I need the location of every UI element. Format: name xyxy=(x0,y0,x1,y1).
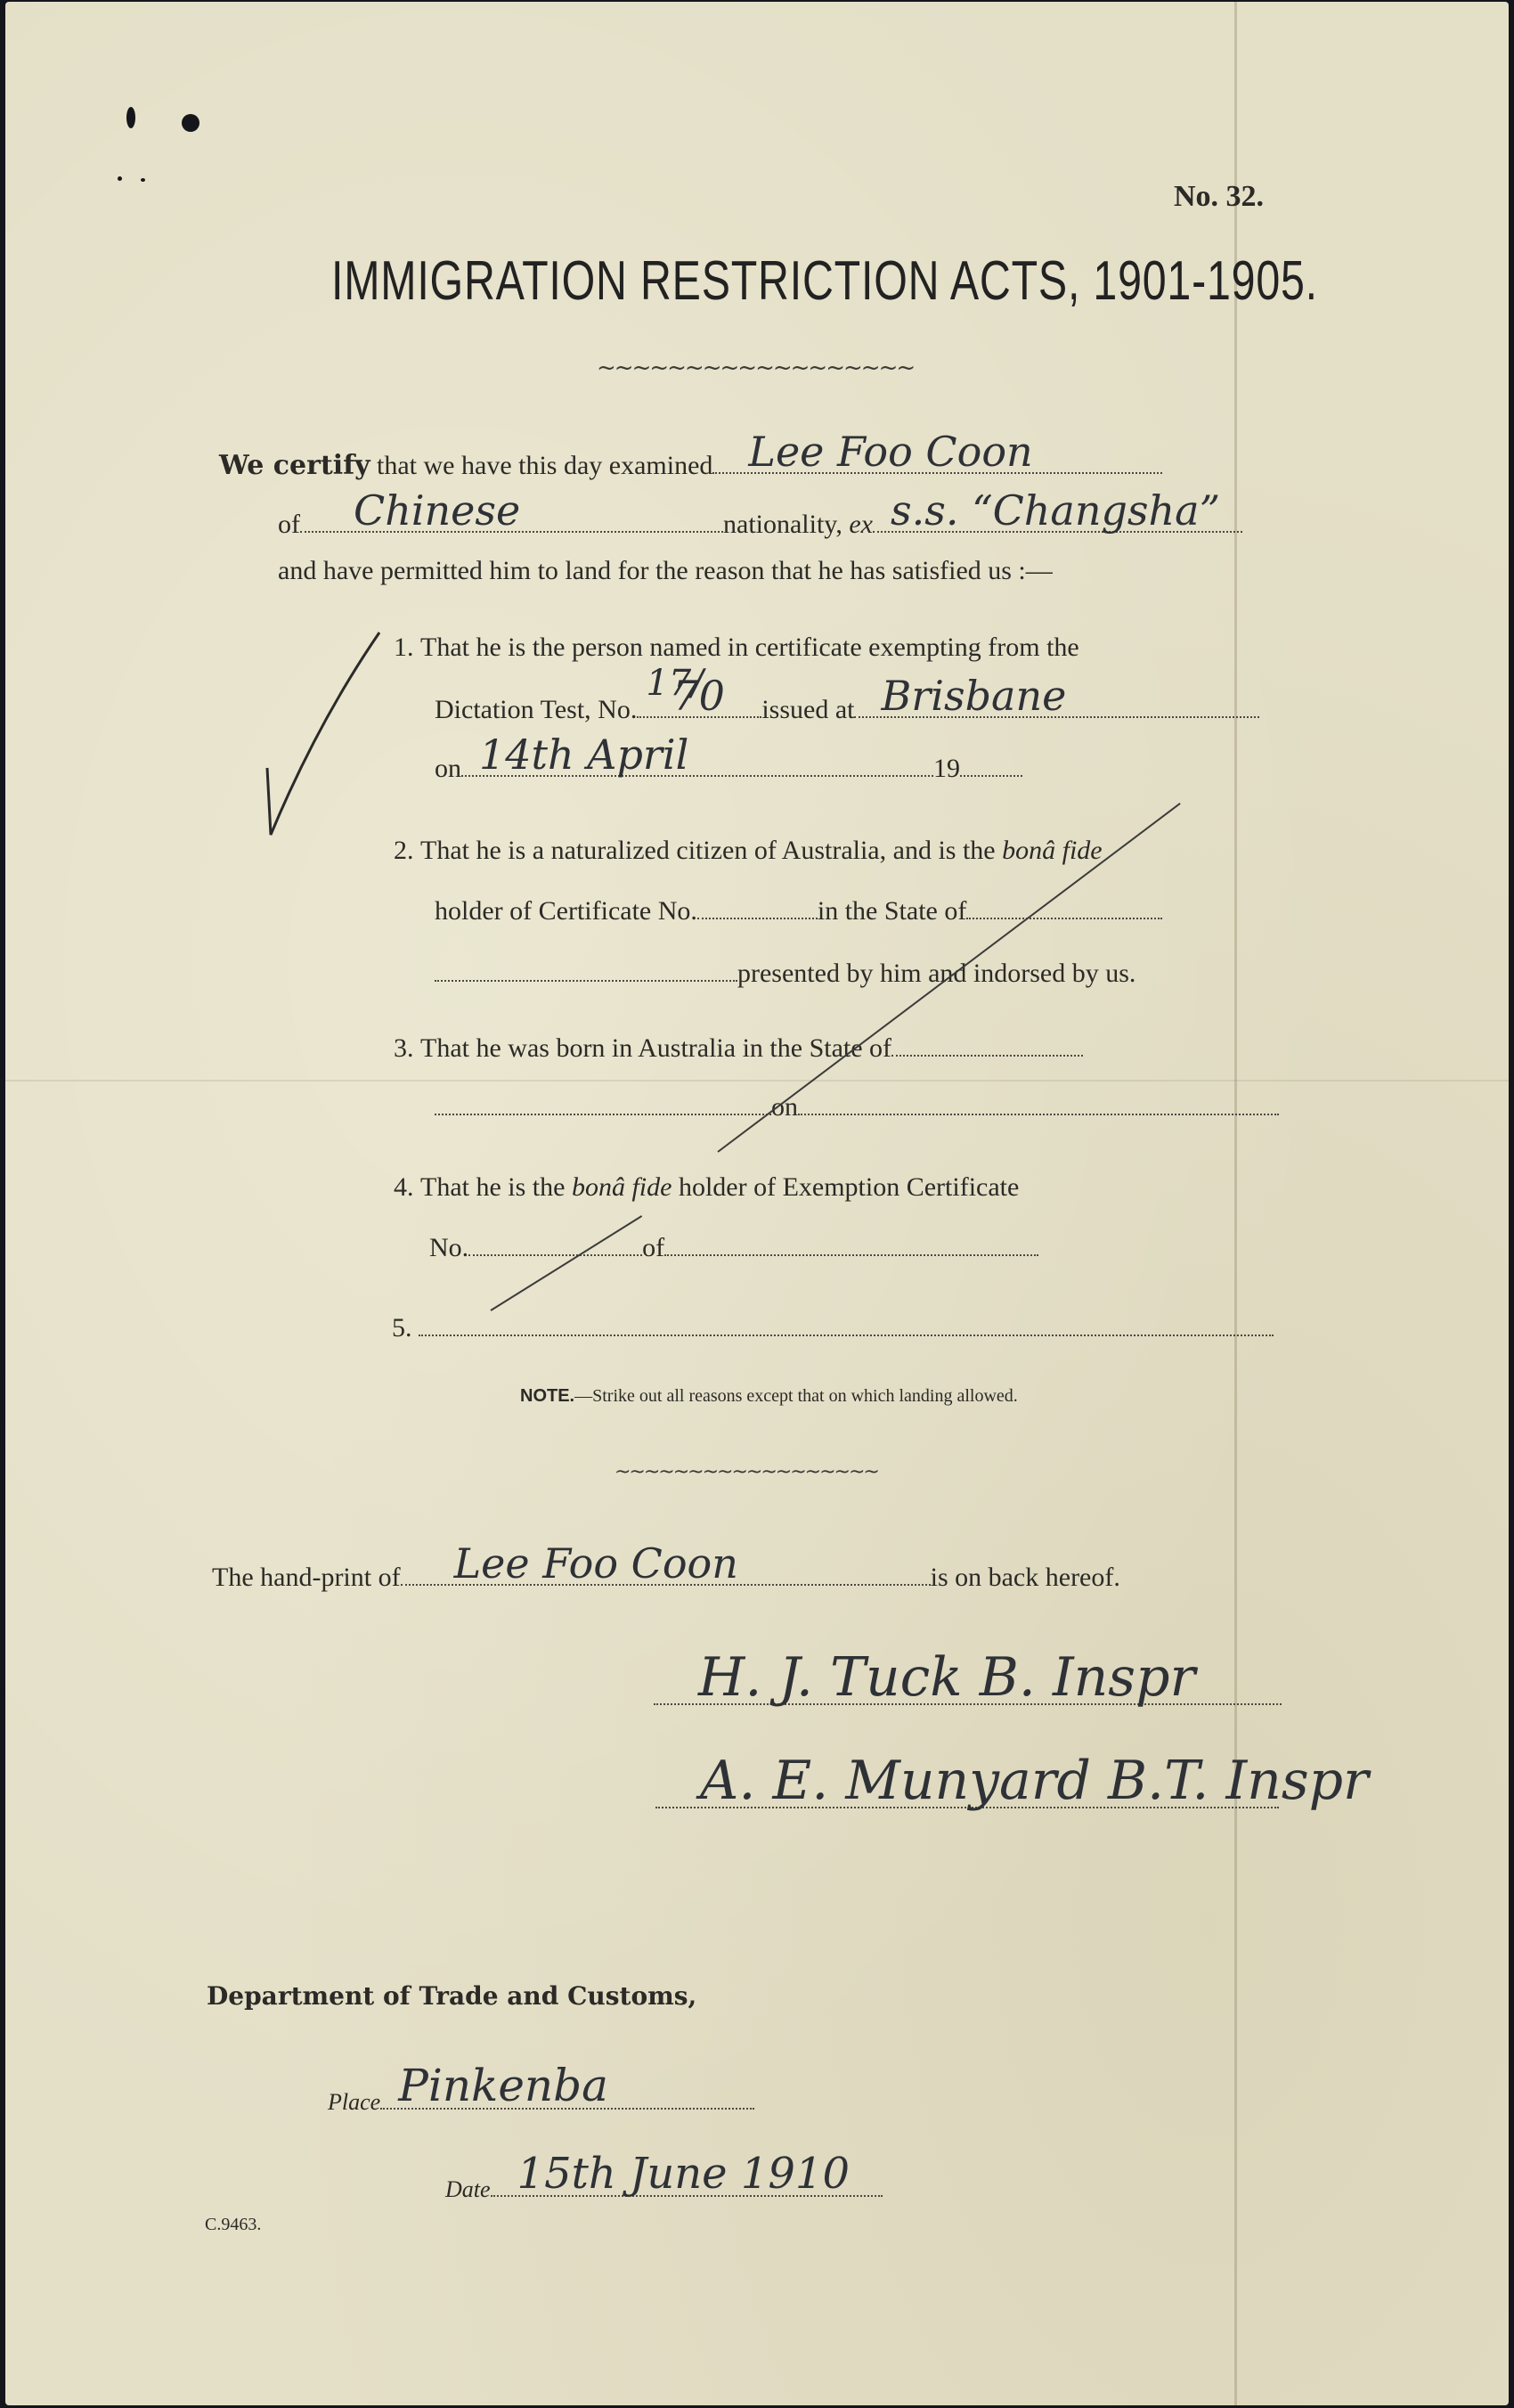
place-field[interactable]: Pinkenba xyxy=(380,2085,754,2110)
punch-hole xyxy=(126,107,135,128)
birth-date-field[interactable] xyxy=(798,1090,1279,1115)
reason-2-line-3: presented by him and indorsed by us. xyxy=(435,957,1135,989)
note-label: NOTE. xyxy=(520,1386,574,1407)
document-page: No. 32. IMMIGRATION RESTRICTION ACTS, 19… xyxy=(5,2,1509,2405)
reason-4-line-2: No. of xyxy=(429,1231,1038,1263)
form-code: C.9463. xyxy=(205,2215,261,2235)
reason-4-text-b: holder of Exemption Certificate xyxy=(679,1172,1019,1203)
issue-date-value: 14th April xyxy=(479,731,688,779)
note-text: —Strike out all reasons except that on w… xyxy=(574,1386,1018,1407)
nationality-label: nationality, xyxy=(723,510,842,540)
issued-at-value: Brisbane xyxy=(881,672,1066,720)
form-number: No. 32. xyxy=(1174,180,1264,214)
date-line: Date 15th June 1910 xyxy=(445,2172,883,2203)
reason-2-text: That he is a naturalized citizen of Aust… xyxy=(420,836,996,866)
handprint-name-field[interactable]: Lee Foo Coon xyxy=(401,1561,931,1586)
place-line: Place Pinkenba xyxy=(328,2085,754,2116)
exemption-no-field[interactable] xyxy=(468,1231,642,1256)
issued-label: issued at xyxy=(761,695,854,725)
dictation-label: Dictation Test, No. xyxy=(435,695,637,725)
fold-crease-horizontal xyxy=(5,1080,1509,1082)
handprint-suffix: is on back hereof. xyxy=(931,1563,1120,1593)
of-label: of xyxy=(278,510,300,540)
state-field[interactable] xyxy=(966,894,1162,919)
reason-1-line-1: 1. That he is the person named in certif… xyxy=(394,633,1079,663)
exemption-of-field[interactable] xyxy=(664,1231,1038,1256)
handprint-line: The hand-print of Lee Foo Coon is on bac… xyxy=(212,1561,1120,1593)
issued-at-field[interactable]: Brisbane xyxy=(854,693,1259,718)
signature-1: H. J. Tuck B. Inspr xyxy=(698,1646,1195,1709)
punch-hole xyxy=(118,176,122,181)
bona-fide-text: bonâ fide xyxy=(1002,836,1103,866)
examined-name-value: Lee Foo Coon xyxy=(748,428,1032,476)
certificate-no-field[interactable] xyxy=(697,894,818,919)
exemption-no-label: No. xyxy=(429,1233,468,1263)
state-label: in the State of xyxy=(818,896,966,926)
birth-state-field[interactable] xyxy=(891,1032,1083,1057)
reason-3-line-1: 3. That he was born in Australia in the … xyxy=(394,1032,1083,1064)
certify-line: We certify that we have this day examine… xyxy=(219,449,1162,481)
place-value: Pinkenba xyxy=(398,2060,608,2111)
reason-5-field[interactable] xyxy=(419,1311,1274,1336)
reason-3-text: That he was born in Australia in the Sta… xyxy=(420,1033,891,1064)
date-value: 15th June 1910 xyxy=(517,2149,850,2199)
nationality-field[interactable]: Chinese xyxy=(300,508,723,533)
bona-fide-text: bonâ fide xyxy=(572,1172,672,1203)
reason-3-number: 3. xyxy=(394,1033,414,1064)
certify-text: that we have this day examined xyxy=(377,451,712,481)
dictation-number-value: 70 xyxy=(672,672,725,720)
year-label: 19 xyxy=(933,754,960,784)
certify-line-2: and have permitted him to land for the r… xyxy=(278,556,1053,586)
punch-hole xyxy=(141,178,145,182)
check-mark-icon xyxy=(255,625,388,848)
handprint-name-value: Lee Foo Coon xyxy=(454,1539,738,1588)
reason-4-line-1: 4. That he is the bonâ fide holder of Ex… xyxy=(394,1172,1019,1203)
section-ornament: ~~~~~~~~~~~~~~~~~~ xyxy=(615,1461,878,1483)
signature-line-2[interactable]: A. E. Munyard B.T. Inspr xyxy=(655,1748,1279,1808)
title-ornament: ~~~~~~~~~~~~~~~~~~ xyxy=(597,355,914,381)
examined-name-field[interactable]: Lee Foo Coon xyxy=(712,449,1162,474)
date-field[interactable]: 15th June 1910 xyxy=(491,2172,883,2197)
signature-2: A. E. Munyard B.T. Inspr xyxy=(700,1750,1369,1812)
page-title: IMMIGRATION RESTRICTION ACTS, 1901-1905. xyxy=(331,249,1318,313)
birth-place-field[interactable] xyxy=(435,1090,771,1115)
signature-line-1[interactable]: H. J. Tuck B. Inspr xyxy=(654,1657,1282,1705)
fold-crease-vertical xyxy=(1234,2,1237,2405)
nationality-line: of Chinese nationality, ex s.s. “Changsh… xyxy=(278,508,1242,540)
ship-value: s.s. “Changsha” xyxy=(891,486,1220,535)
state-field-cont[interactable] xyxy=(435,957,737,982)
reason-1-line-3: on 14th April 19 xyxy=(435,752,1022,784)
reason-4-number: 4. xyxy=(394,1172,414,1203)
reason-4-text-a: That he is the xyxy=(420,1172,565,1203)
note: NOTE. —Strike out all reasons except tha… xyxy=(520,1386,1018,1407)
certify-lead: We certify xyxy=(219,450,370,481)
on-label: on xyxy=(435,754,461,784)
ex-label: ex xyxy=(849,510,873,540)
exemption-of-label: of xyxy=(642,1233,664,1263)
reason-1-line-2: Dictation Test, No. 17/ 70 issued at Bri… xyxy=(435,693,1259,725)
punch-hole xyxy=(182,114,199,132)
reason-3-line-2: on xyxy=(435,1090,1279,1122)
reason-5-number: 5. xyxy=(392,1313,412,1343)
ship-field[interactable]: s.s. “Changsha” xyxy=(873,508,1242,533)
year-field[interactable] xyxy=(960,752,1022,777)
nationality-value: Chinese xyxy=(354,486,520,535)
place-label: Place xyxy=(328,2089,380,2116)
certificate-no-label: holder of Certificate No. xyxy=(435,896,697,926)
reason-2-line-1: 2. That he is a naturalized citizen of A… xyxy=(394,836,1103,866)
reason-1-number: 1. xyxy=(394,633,414,663)
date-label: Date xyxy=(445,2176,491,2203)
reason-5-line: 5. xyxy=(392,1311,1274,1343)
handprint-label: The hand-print of xyxy=(212,1563,401,1593)
reason-1-text: That he is the person named in certifica… xyxy=(420,633,1079,663)
strike-out-line xyxy=(490,1215,642,1311)
department-heading: Department of Trade and Customs, xyxy=(207,1981,696,2011)
reason-2-number: 2. xyxy=(394,836,414,866)
dictation-number-field[interactable]: 17/ 70 xyxy=(637,693,761,718)
issue-date-field[interactable]: 14th April xyxy=(461,752,933,777)
